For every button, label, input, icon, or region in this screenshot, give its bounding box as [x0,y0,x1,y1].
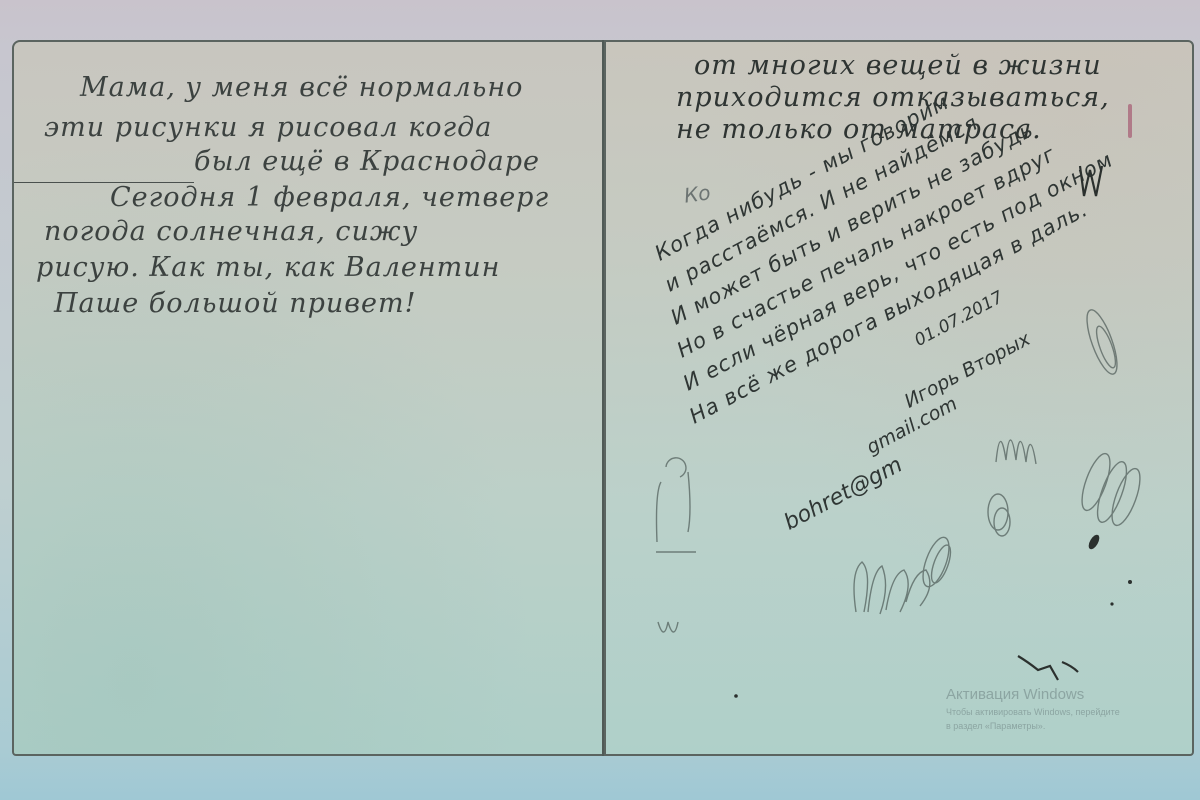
right-page: от многих вещей в жизни приходится отказ… [604,40,1194,756]
left-line-4: Сегодня 1 февраля, четверг [110,182,549,213]
watermark-title: Активация Windows [946,686,1120,703]
left-line-1: Мама, у меня всё нормально [80,72,523,103]
watermark-subtitle-1: Чтобы активировать Windows, перейдите [946,707,1120,717]
pencil-scribbles [606,42,1196,758]
left-line-2: эти рисунки я рисовал когда [44,112,492,143]
left-line-5: погода солнечная, сижу [44,216,418,247]
windows-activation-watermark: Активация Windows Чтобы активировать Win… [946,686,1120,731]
left-line-6: рисую. Как ты, как Валентин [36,252,500,283]
left-page: Мама, у меня всё нормально эти рисунки я… [12,40,604,756]
watermark-subtitle-2: в раздел «Параметры». [946,721,1120,731]
notebook-spread: Мама, у меня всё нормально эти рисунки я… [8,40,1194,760]
left-line-7: Паше большой привет! [54,288,416,319]
left-line-3: был ещё в Краснодаре [194,146,540,177]
